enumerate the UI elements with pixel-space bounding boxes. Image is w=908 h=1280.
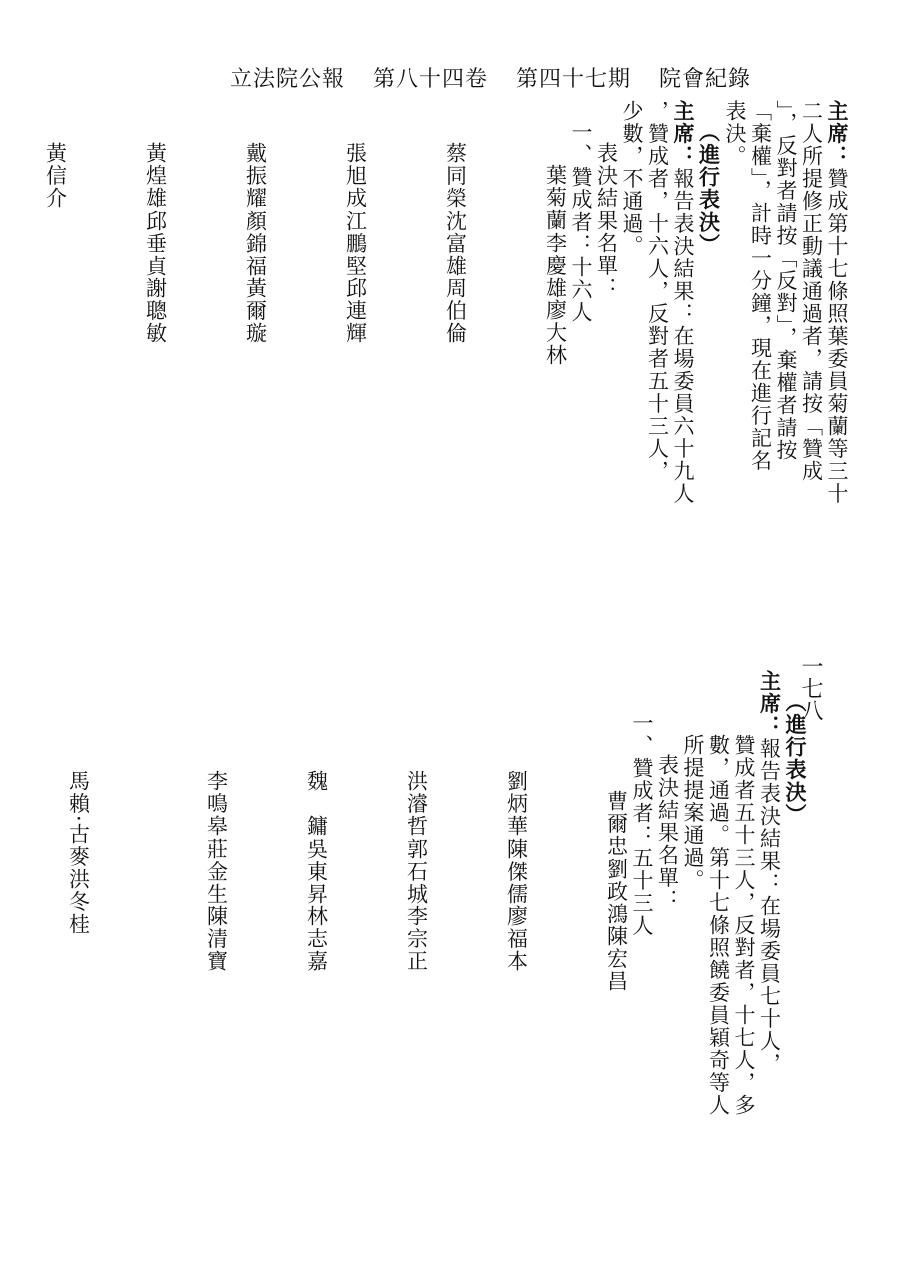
section: 院會紀錄 bbox=[659, 67, 751, 92]
top-section: 主席：贊成第十七條照葉委員菊蘭等三十 二人所提修正動議通過者，請按「贊成 」，反… bbox=[90, 100, 850, 640]
list-title: 表決結果名單： bbox=[654, 670, 680, 1240]
text-line: ，贊成者，十六人，反對者五十三人， bbox=[644, 100, 670, 640]
name-row: 黃信介 bbox=[0, 100, 68, 640]
text-line: 二人所提修正動議通過者，請按「贊成 bbox=[798, 100, 824, 640]
name-row: 馬賴·古麥洪冬桂 bbox=[0, 670, 129, 1240]
yes-title: 一、贊成者：五十三人 bbox=[629, 670, 655, 1240]
name-row: 黃煌雄邱垂貞謝聰敏 bbox=[68, 100, 168, 640]
name-row: 葉菊蘭李慶雄廖大林 bbox=[468, 100, 568, 640]
text-line: 數，通過。第十七條照饒委員穎奇等人 bbox=[705, 670, 731, 1240]
list-title: 表決結果名單： bbox=[593, 100, 619, 640]
name-row: 張旭成江鵬堅邱連輝 bbox=[268, 100, 368, 640]
name-row: 洪濬哲郭石城李宗正 bbox=[329, 670, 429, 1240]
text-line: 表決。 bbox=[722, 100, 748, 640]
text-line: 所提提案通過。 bbox=[680, 670, 706, 1240]
page-header: 立法院公報 第八十四卷 第四十七期 院會紀錄 bbox=[230, 62, 850, 93]
text-line: 」，反對者請按「反對」，棄權者請按 bbox=[773, 100, 799, 640]
name-row: 劉炳華陳傑儒廖福本 bbox=[429, 670, 529, 1240]
text-line: 「棄權」，計時一分鐘，現在進行記名 bbox=[747, 100, 773, 640]
speech-chair-2: 主席：報告表決結果：在場委員六十九人 bbox=[670, 100, 697, 640]
text-line: 少數，不通過。 bbox=[619, 100, 645, 640]
name-row: 李鳴皋莊金生陳清寶 bbox=[129, 670, 229, 1240]
issue: 第四十七期 bbox=[516, 67, 631, 92]
procedure-note: （進行表決） bbox=[696, 100, 722, 640]
name-row: 曹爾忠劉政鴻陳宏昌 bbox=[529, 670, 629, 1240]
bottom-section: （進行表決） 主席：報告表決結果：在場委員七十人， 贊成者五十三人，反對者，十七… bbox=[88, 670, 808, 1240]
yes-title: 一、贊成者：十六人 bbox=[568, 100, 594, 640]
name-row: 魏 鏞吳東昇林志嘉 bbox=[229, 670, 329, 1240]
speech-chair-1: 主席：贊成第十七條照葉委員菊蘭等三十 bbox=[824, 100, 851, 640]
volume: 第八十四卷 bbox=[373, 67, 488, 92]
procedure-note: （進行表決） bbox=[783, 670, 809, 1240]
name-row: 戴振耀顏錦福黃爾璇 bbox=[168, 100, 268, 640]
text-line: 贊成者五十三人，反對者，十七人，多 bbox=[731, 670, 757, 1240]
speech-chair-3: 主席：報告表決結果：在場委員七十人， bbox=[756, 670, 783, 1240]
name-row: 蔡同榮沈富雄周伯倫 bbox=[368, 100, 468, 640]
publication-title: 立法院公報 bbox=[230, 67, 345, 92]
